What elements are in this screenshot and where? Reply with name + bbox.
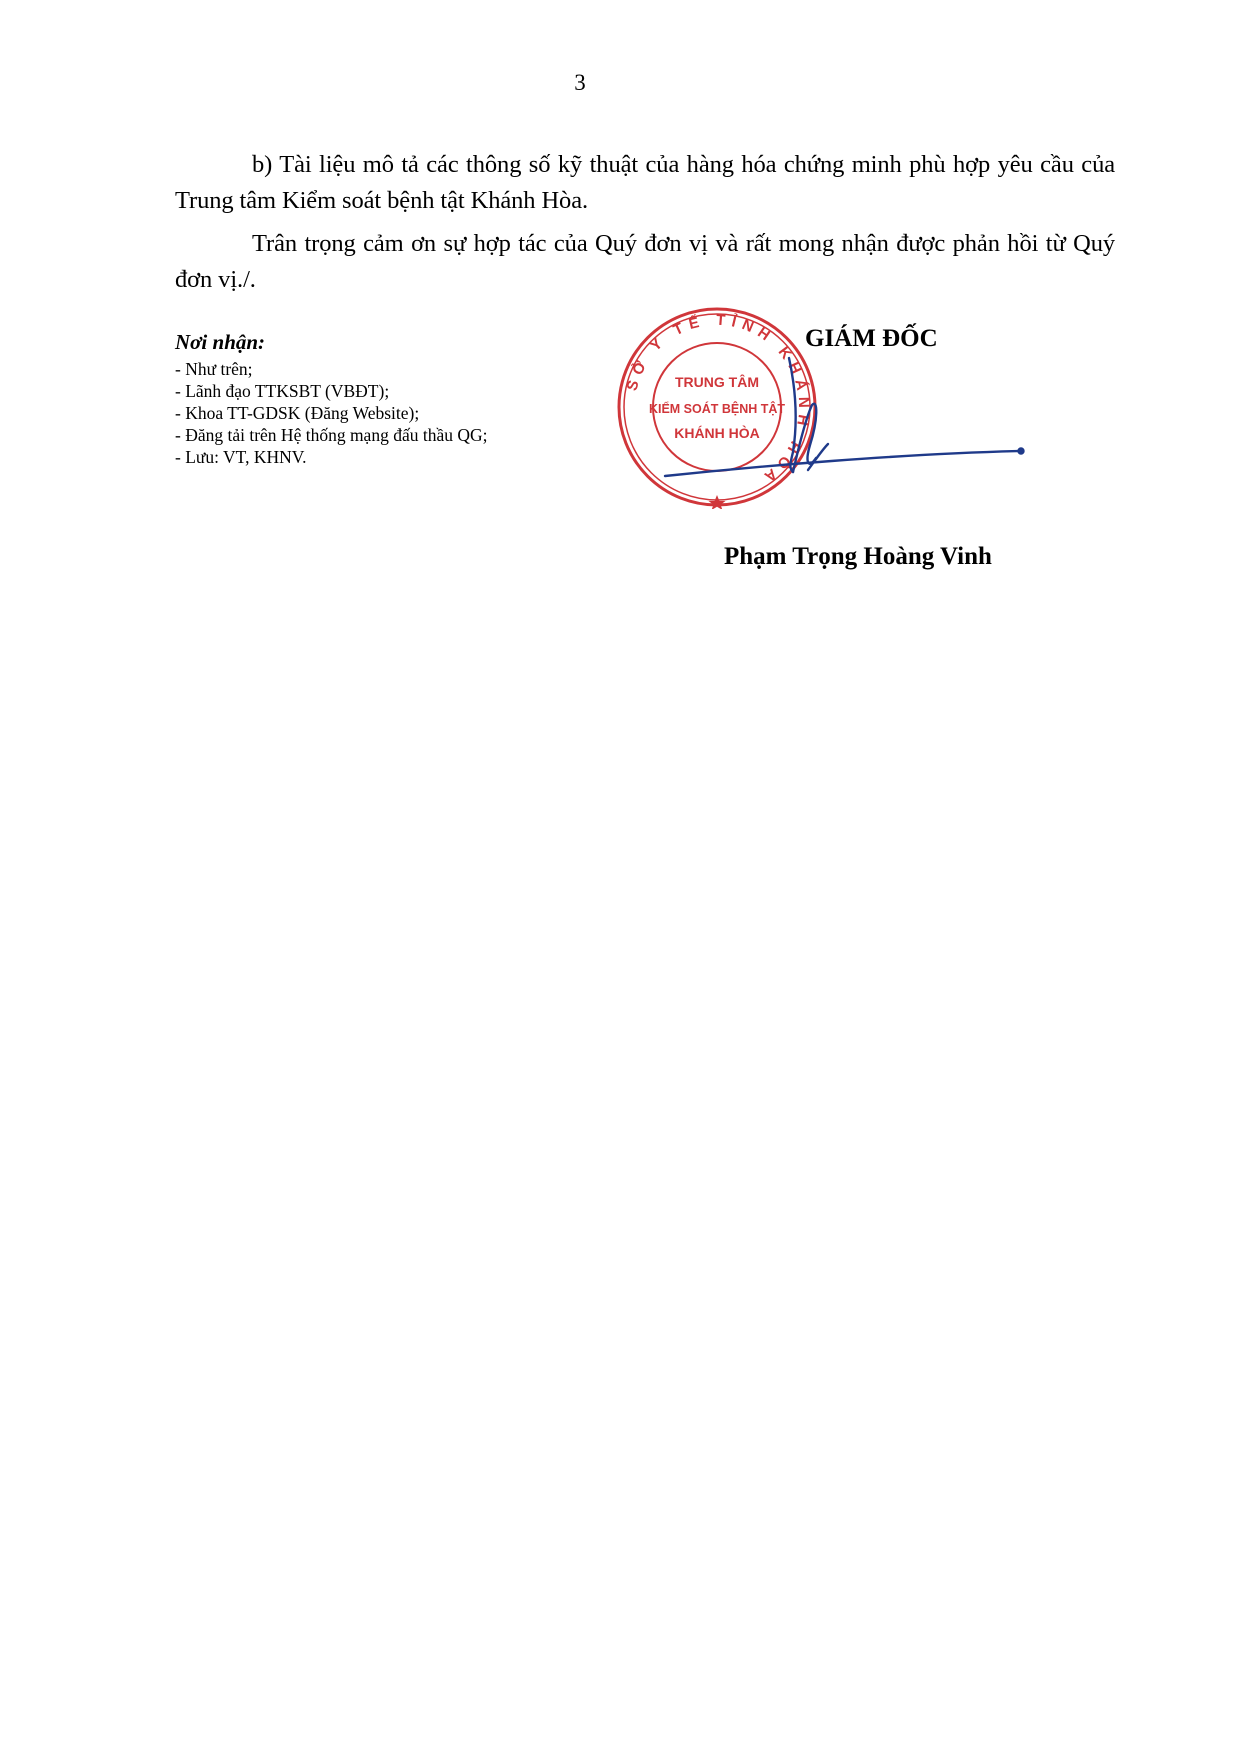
- signer-title: GIÁM ĐỐC: [805, 325, 938, 353]
- recipient-item: - Đăng tải trên Hệ thống mạng đấu thầu Q…: [175, 424, 488, 446]
- page-number: 3: [0, 70, 1160, 96]
- signer-name: Phạm Trọng Hoàng Vinh: [724, 543, 992, 571]
- recipients-title: Nơi nhận:: [175, 330, 488, 355]
- paragraph-thanks: Trân trọng cảm ơn sự hợp tác của Quý đơn…: [175, 226, 1115, 298]
- recipients-list: - Như trên; - Lãnh đạo TTKSBT (VBĐT); - …: [175, 358, 488, 468]
- recipient-item: - Khoa TT-GDSK (Đăng Website);: [175, 402, 488, 424]
- recipient-item: - Như trên;: [175, 358, 488, 380]
- recipients-block: Nơi nhận: - Như trên; - Lãnh đạo TTKSBT …: [175, 330, 488, 468]
- signature-icon: [600, 350, 1040, 500]
- paragraph-technical-docs: b) Tài liệu mô tả các thông số kỹ thuật …: [175, 147, 1115, 219]
- recipient-item: - Lãnh đạo TTKSBT (VBĐT);: [175, 380, 488, 402]
- recipient-item: - Lưu: VT, KHNV.: [175, 446, 488, 468]
